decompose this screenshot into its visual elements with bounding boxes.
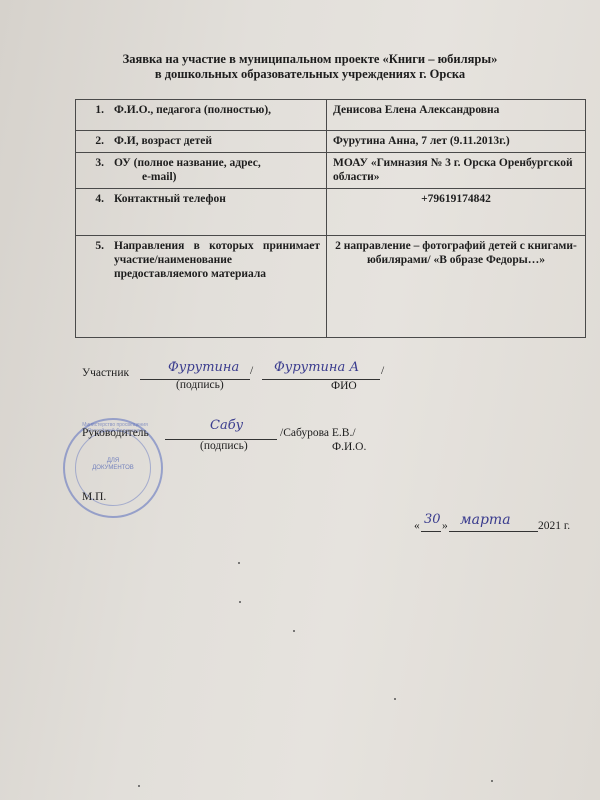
row-label-text: Ф.И, возраст детей: [114, 134, 320, 148]
row-label-text: Направления в которых принимает участие/…: [114, 239, 320, 281]
row-value: МОАУ «Гимназия № 3 г. Орска Оренбургской…: [327, 153, 586, 189]
participant-name-caption: ФИО: [331, 380, 357, 392]
participant-signature-caption: (подпись): [176, 379, 224, 391]
stamp-center-text: ДЛЯ ДОКУМЕНТОВ: [65, 458, 161, 472]
row-label: 5.Направления в которых принимает участи…: [76, 236, 327, 338]
paper-speck: [239, 601, 241, 603]
date-year: 2021 г.: [538, 520, 570, 532]
row-number: 4.: [82, 192, 104, 206]
date-month: марта: [460, 512, 511, 528]
director-label: Руководитель: [82, 427, 149, 439]
row-value: 2 направление – фотографий детей с книга…: [327, 236, 586, 338]
paper-speck: [491, 780, 493, 782]
participant-name-handwritten: Фурутина А: [274, 360, 359, 375]
seal-label: М.П.: [82, 491, 106, 503]
stamp-center-line-1: ДЛЯ: [65, 458, 161, 465]
director-signature: Сабу: [210, 418, 243, 433]
paper-speck: [138, 785, 140, 787]
paper-speck: [293, 630, 295, 632]
paper-speck: [394, 698, 396, 700]
paper-speck: [238, 562, 240, 564]
document-title: Заявка на участие в муниципальном проект…: [0, 52, 600, 82]
director-name: /Сабурова Е.В./: [280, 427, 356, 439]
table-row: 1.Ф.И.О., педагога (полностью), Денисова…: [76, 100, 586, 131]
table-row: 5.Направления в которых принимает участи…: [76, 236, 586, 338]
row-number: 5.: [82, 239, 104, 281]
title-line-2: в дошкольных образовательных учреждениях…: [0, 67, 600, 82]
participant-label: Участник: [82, 367, 129, 379]
row-value: Фурутина Анна, 7 лет (9.11.2013г.): [327, 131, 586, 153]
stamp-center-line-2: ДОКУМЕНТОВ: [65, 465, 161, 472]
row-label: 3.ОУ (полное название, адрес,e-mail): [76, 153, 327, 189]
row-number: 3.: [82, 156, 104, 184]
director-name-caption: Ф.И.О.: [332, 441, 366, 453]
table-row: 3.ОУ (полное название, адрес,e-mail) МОА…: [76, 153, 586, 189]
row-value: Денисова Елена Александровна: [327, 100, 586, 131]
row-value: +79619174842: [327, 189, 586, 236]
row-label-text: Ф.И.О., педагога (полностью),: [114, 103, 320, 117]
row-label-line-1: ОУ (полное название, адрес,: [114, 157, 261, 169]
row-number: 2.: [82, 134, 104, 148]
table-row: 2.Ф.И, возраст детей Фурутина Анна, 7 ле…: [76, 131, 586, 153]
row-number: 1.: [82, 103, 104, 117]
date-open-quote: «: [414, 520, 420, 532]
director-signature-caption: (подпись): [200, 440, 248, 452]
participant-separator: /: [250, 365, 253, 377]
row-label: 2.Ф.И, возраст детей: [76, 131, 327, 153]
application-table: 1.Ф.И.О., педагога (полностью), Денисова…: [75, 99, 586, 338]
date-close-quote: »: [442, 520, 448, 532]
participant-separator-end: /: [381, 365, 384, 377]
row-label: 4.Контактный телефон: [76, 189, 327, 236]
participant-signature: Фурутина: [168, 360, 239, 375]
title-line-1: Заявка на участие в муниципальном проект…: [0, 52, 600, 67]
row-label-text: Контактный телефон: [114, 192, 320, 206]
row-label: 1.Ф.И.О., педагога (полностью),: [76, 100, 327, 131]
table-row: 4.Контактный телефон +79619174842: [76, 189, 586, 236]
date-day: 30: [424, 512, 441, 527]
row-label-text: ОУ (полное название, адрес,e-mail): [114, 156, 320, 184]
row-label-line-2: e-mail): [114, 171, 176, 183]
